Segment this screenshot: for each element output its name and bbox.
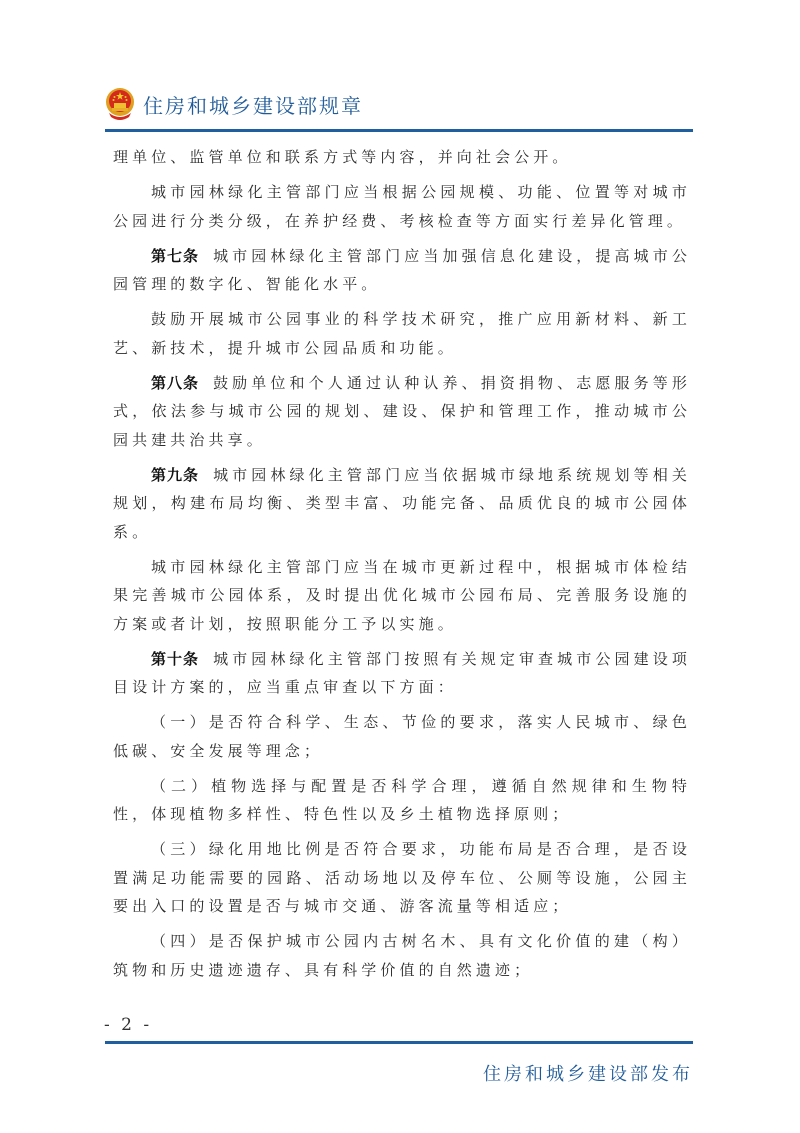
paragraph: 理单位、监管单位和联系方式等内容，并向社会公开。 (113, 143, 691, 172)
paragraph: 鼓励开展城市公园事业的科学技术研究，推广应用新材料、新工艺、新技术，提升城市公园… (113, 305, 691, 362)
paragraph: （四）是否保护城市公园内古树名木、具有文化价值的建（构）筑物和历史遗迹遗存、具有… (113, 927, 691, 984)
footer-divider (105, 1041, 693, 1044)
paragraph-text: 城市园林绿化主管部门应当根据公园规模、功能、位置等对城市公园进行分类分级，在养护… (113, 183, 691, 230)
article-number: 第八条 (151, 374, 199, 392)
paragraph-text: （四）是否保护城市公园内古树名木、具有文化价值的建（构）筑物和历史遗迹遗存、具有… (113, 932, 691, 979)
page-number: - 2 - (104, 1015, 152, 1035)
article-paragraph: 第八条鼓励单位和个人通过认种认养、捐资捐物、志愿服务等形式，依法参与城市公园的规… (113, 369, 691, 455)
paragraph-text: 城市园林绿化主管部门应当加强信息化建设，提高城市公园管理的数字化、智能化水平。 (113, 247, 691, 294)
paragraph-text: 理单位、监管单位和联系方式等内容，并向社会公开。 (113, 148, 571, 166)
article-number: 第七条 (151, 247, 199, 265)
article-number: 第九条 (151, 466, 199, 484)
paragraph-text: 鼓励开展城市公园事业的科学技术研究，推广应用新材料、新工艺、新技术，提升城市公园… (113, 310, 691, 357)
paragraph: （一）是否符合科学、生态、节俭的要求，落实人民城市、绿色低碳、安全发展等理念； (113, 708, 691, 765)
article-number: 第十条 (151, 650, 199, 668)
footer-publisher: 住房和城乡建设部发布 (483, 1060, 693, 1086)
paragraph-text: （三）绿化用地比例是否符合要求，功能布局是否合理，是否设置满足功能需要的园路、活… (113, 840, 691, 915)
paragraph-text: 城市园林绿化主管部门应当在城市更新过程中，根据城市体检结果完善城市公园体系，及时… (113, 558, 691, 633)
paragraph: 城市园林绿化主管部门应当在城市更新过程中，根据城市体检结果完善城市公园体系，及时… (113, 553, 691, 639)
article-paragraph: 第七条城市园林绿化主管部门应当加强信息化建设，提高城市公园管理的数字化、智能化水… (113, 242, 691, 299)
paragraph-text: （一）是否符合科学、生态、节俭的要求，落实人民城市、绿色低碳、安全发展等理念； (113, 713, 691, 760)
paragraph: 城市园林绿化主管部门应当根据公园规模、功能、位置等对城市公园进行分类分级，在养护… (113, 178, 691, 235)
paragraph: （二）植物选择与配置是否科学合理，遵循自然规律和生物特性，体现植物多样性、特色性… (113, 772, 691, 829)
header-divider (105, 129, 693, 132)
paragraph-text: （二）植物选择与配置是否科学合理，遵循自然规律和生物特性，体现植物多样性、特色性… (113, 777, 691, 824)
paragraph-text: 鼓励单位和个人通过认种认养、捐资捐物、志愿服务等形式，依法参与城市公园的规划、建… (113, 374, 691, 449)
paragraph-text: 城市园林绿化主管部门应当依据城市绿地系统规划等相关规划，构建布局均衡、类型丰富、… (113, 466, 691, 541)
document-body: 理单位、监管单位和联系方式等内容，并向社会公开。城市园林绿化主管部门应当根据公园… (113, 143, 691, 991)
article-paragraph: 第九条城市园林绿化主管部门应当依据城市绿地系统规划等相关规划，构建布局均衡、类型… (113, 461, 691, 547)
national-emblem-icon (105, 87, 135, 121)
header-title: 住房和城乡建设部规章 (143, 90, 363, 119)
paragraph: （三）绿化用地比例是否符合要求，功能布局是否合理，是否设置满足功能需要的园路、活… (113, 835, 691, 921)
page-header: 住房和城乡建设部规章 (105, 84, 363, 124)
article-paragraph: 第十条城市园林绿化主管部门按照有关规定审查城市公园建设项目设计方案的，应当重点审… (113, 645, 691, 702)
paragraph-text: 城市园林绿化主管部门按照有关规定审查城市公园建设项目设计方案的，应当重点审查以下… (113, 650, 691, 697)
